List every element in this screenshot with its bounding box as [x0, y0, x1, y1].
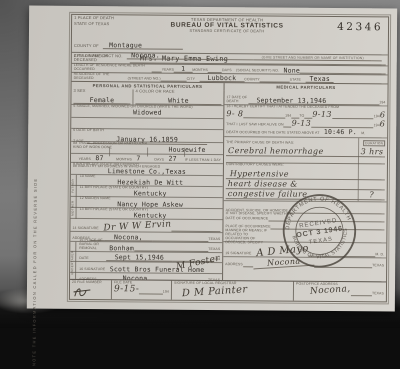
- file-number-label: 20 FILE NUMBER: [72, 281, 109, 285]
- file-date-cell: FILE DATE 9-15- 194: [112, 280, 172, 299]
- attended-from-value: 9- 8: [226, 110, 243, 118]
- last-saw-label: THAT I LAST SAW HER ALIVE ON: [226, 123, 283, 127]
- last-saw-value: 9-13: [292, 120, 312, 128]
- physician-address-label: ADDRESS: [225, 263, 243, 267]
- attended-to-year: 6: [380, 111, 386, 119]
- postoffice-rule: [351, 295, 372, 296]
- city-value: Nocona.: [127, 52, 185, 60]
- file-date-value: 9-15-: [114, 285, 139, 294]
- medical-column: 17 DATE OF DEATH September 13,1946 194 1…: [223, 90, 387, 281]
- primary-cause-label: THE PRIMARY CAUSE OF DEATH WAS:: [226, 141, 294, 145]
- time-suffix-label: M.: [361, 132, 365, 136]
- undertaker-address-row: ADDRESS Nocona, TEXAS: [70, 272, 222, 280]
- columns: 3 SEX Female 4 COLOR OR RACE White 5 SIN…: [70, 89, 387, 281]
- certificate-form: 1 PLACE OF DEATH STATE OF TEXAS TEXAS DE…: [69, 14, 389, 302]
- personal-column: 3 SEX Female 4 COLOR OR RACE White 5 SIN…: [70, 89, 224, 280]
- death-time-value: 10:46 P.: [324, 129, 357, 136]
- file-date-year: 194: [163, 291, 169, 295]
- marital-row: 5 SINGLE, MARRIED, WIDOWED OR DIVORCED (…: [71, 104, 223, 118]
- last-saw-rule1: [284, 126, 292, 127]
- parents-side-strip: FATHER MOTHER: [71, 175, 77, 219]
- postoffice-cell: POSTOFFICE ADDRESS Nocona, TEXAS: [294, 282, 386, 302]
- race-label: 4 COLOR OR RACE: [136, 89, 222, 94]
- years-value: 1: [174, 65, 192, 73]
- file-date-rule: [139, 293, 163, 294]
- date-of-death-label: 17 DATE OF DEATH: [226, 96, 248, 104]
- certify-block: 18 I HEREBY CERTIFY THAT I ATTENDED THE …: [224, 104, 387, 137]
- city-line: CITY OR PRECINCT NO. Nocona. (GIVE STREE…: [74, 41, 382, 61]
- undertaker-side-strip: UNDERTAKER: [70, 242, 76, 280]
- form-header: 1 PLACE OF DEATH STATE OF TEXAS TEXAS DE…: [72, 15, 388, 54]
- duration-label: DURATION: [363, 140, 385, 146]
- received-stamp: DEPARTMENT OF HEALTH BUREAU OF VITAL STA…: [276, 188, 362, 274]
- attended-line: 9- 8 194 TO 9-13 194 6: [226, 109, 385, 119]
- race-cell: 4 COLOR OR RACE White: [133, 89, 223, 105]
- sex-cell: 3 SEX Female: [71, 89, 133, 104]
- death-occurred-label: DEATH OCCURRED ON THE DATE STATED ABOVE …: [226, 131, 319, 136]
- file-number-scrawl: [72, 286, 94, 298]
- undertaker-side-label: UNDERTAKER: [70, 242, 75, 280]
- contributory-duration-blank1: [359, 179, 385, 180]
- physician-address-rule1: [243, 266, 253, 267]
- registrar-signature-cell: SIGNATURE OF LOCAL REGISTRAR D M Painter: [172, 281, 294, 301]
- contributory-duration-value: ?: [359, 191, 385, 200]
- age-row: 7 AGE YEARS 87 MONTHS 7 DAYS 27 IF LESS …: [71, 128, 223, 142]
- mother-side-label: MOTHER: [71, 197, 76, 219]
- primary-duration-value: 3 hrs: [359, 148, 385, 157]
- informant-signature-row: 14 SIGNATURE Dr W W Ervin: [70, 218, 222, 232]
- father-side-label: FATHER: [71, 175, 76, 197]
- marital-value: Widowed: [73, 109, 221, 117]
- certificate-paper: NOTE THE INFORMATION CALLED FOR ON THE R…: [27, 6, 397, 312]
- primary-cause-value: Cerebral hemorrhage: [226, 147, 359, 157]
- date-of-death-row: 17 DATE OF DEATH September 13,1946 194: [224, 90, 387, 105]
- primary-cause-line: Cerebral hemorrhage 3 hrs: [226, 145, 385, 157]
- reverse-side-note: NOTE THE INFORMATION CALLED FOR ON THE R…: [31, 178, 42, 328]
- state-of-texas-label: STATE OF TEXAS: [74, 22, 109, 27]
- file-number-cell: 20 FILE NUMBER: [70, 280, 112, 299]
- cause-of-death-block: THE PRIMARY CAUSE OF DEATH WAS: DURATION…: [224, 136, 387, 201]
- burial-label: 15 PLACE OF BURIAL OR REMOVAL: [79, 239, 109, 251]
- trade-label: 8a TRADE, PROFESSION OR PARTICULAR KIND …: [73, 142, 153, 150]
- physician-address-state: TEXAS: [372, 264, 384, 268]
- postoffice-value: Nocona,: [296, 285, 351, 297]
- sex-label: 3 SEX: [74, 89, 131, 94]
- undertaker-address-state: TEXAS: [208, 279, 220, 280]
- postoffice-state: TEXAS: [372, 292, 384, 296]
- death-occurred-line: DEATH OCCURRED ON THE DATE STATED ABOVE …: [226, 127, 385, 136]
- photo-background: NOTE THE INFORMATION CALLED FOR ON THE R…: [0, 0, 400, 328]
- city-label: CITY OR PRECINCT NO.: [74, 54, 123, 59]
- last-saw-line: THAT I LAST SAW HER ALIVE ON 9-13 194 6: [226, 118, 385, 128]
- serial-number: 42346: [337, 21, 383, 33]
- street-hint: (GIVE STREET AND NUMBER OR NAME OF INSTI…: [254, 55, 372, 61]
- last-saw-year-value: 6: [380, 120, 386, 128]
- city-line-rule-end: [372, 60, 382, 61]
- stamp-state-text: TEXAS: [308, 236, 333, 246]
- sex-race-row: 3 SEX Female 4 COLOR OR RACE White: [71, 89, 223, 105]
- registrar-row: 20 FILE NUMBER FILE DATE 9-15- 194 SIGNA…: [70, 279, 386, 301]
